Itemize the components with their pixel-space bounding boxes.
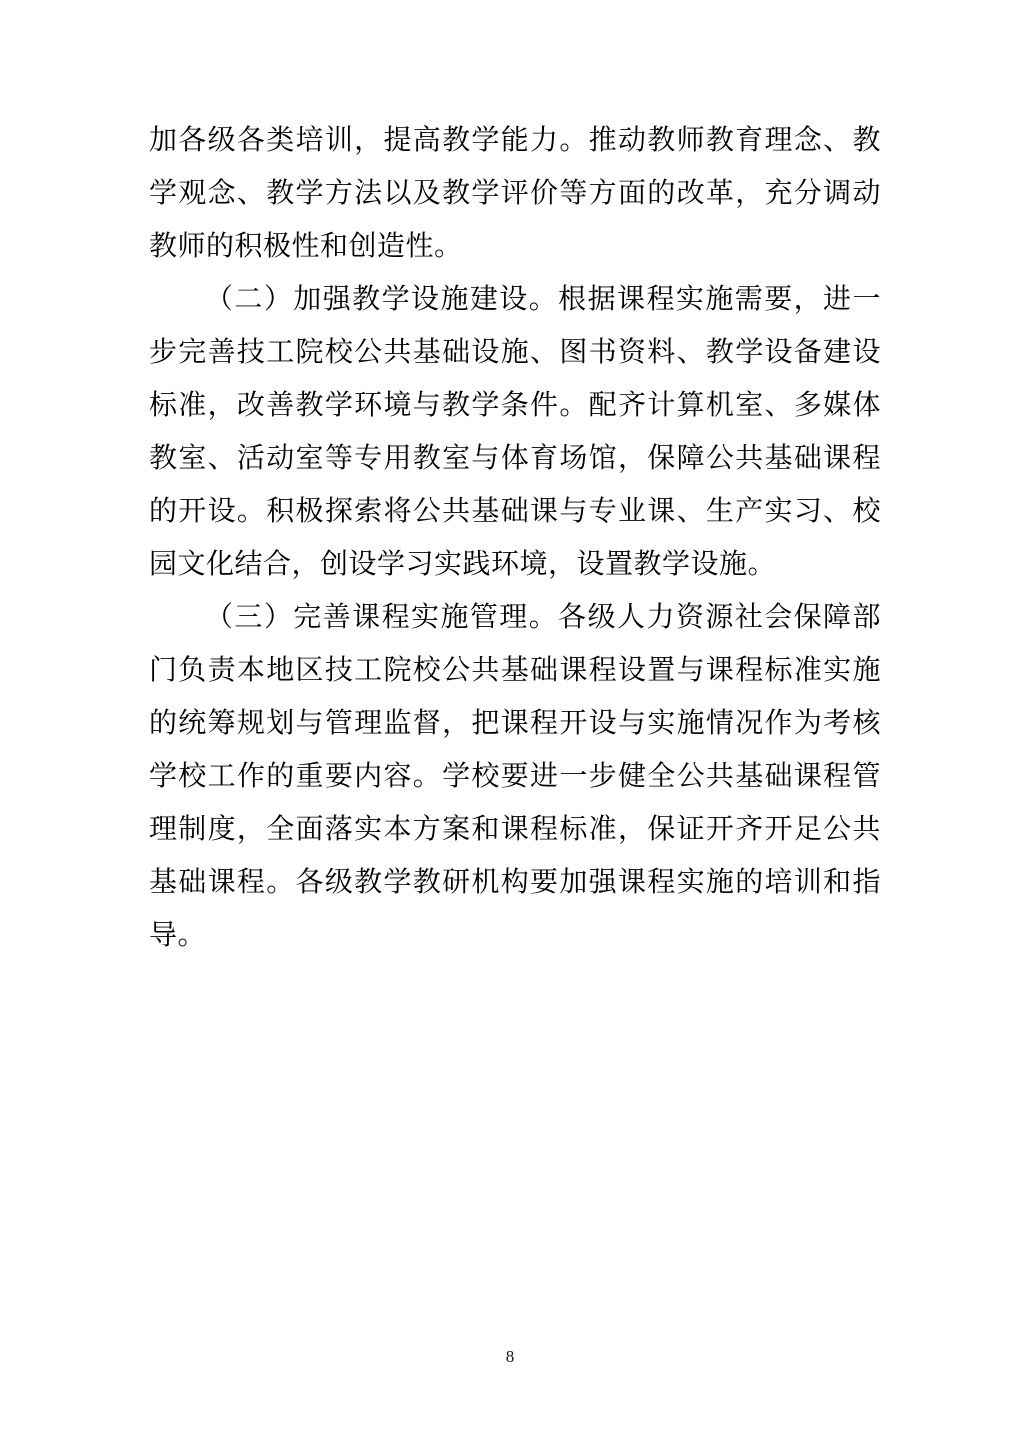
document-body: 加各级各类培训，提高教学能力。推动教师教育理念、教学观念、教学方法以及教学评价等… — [149, 113, 881, 961]
page-number: 8 — [506, 1347, 515, 1367]
page-footer: 8 — [0, 1347, 1024, 1367]
paragraph: （三）完善课程实施管理。各级人力资源社会保障部门负责本地区技工院校公共基础课程设… — [149, 590, 881, 961]
paragraph: （二）加强教学设施建设。根据课程实施需要，进一步完善技工院校公共基础设施、图书资… — [149, 272, 881, 590]
paragraph: 加各级各类培训，提高教学能力。推动教师教育理念、教学观念、教学方法以及教学评价等… — [149, 113, 881, 272]
document-page: 加各级各类培训，提高教学能力。推动教师教育理念、教学观念、教学方法以及教学评价等… — [0, 0, 1024, 1447]
